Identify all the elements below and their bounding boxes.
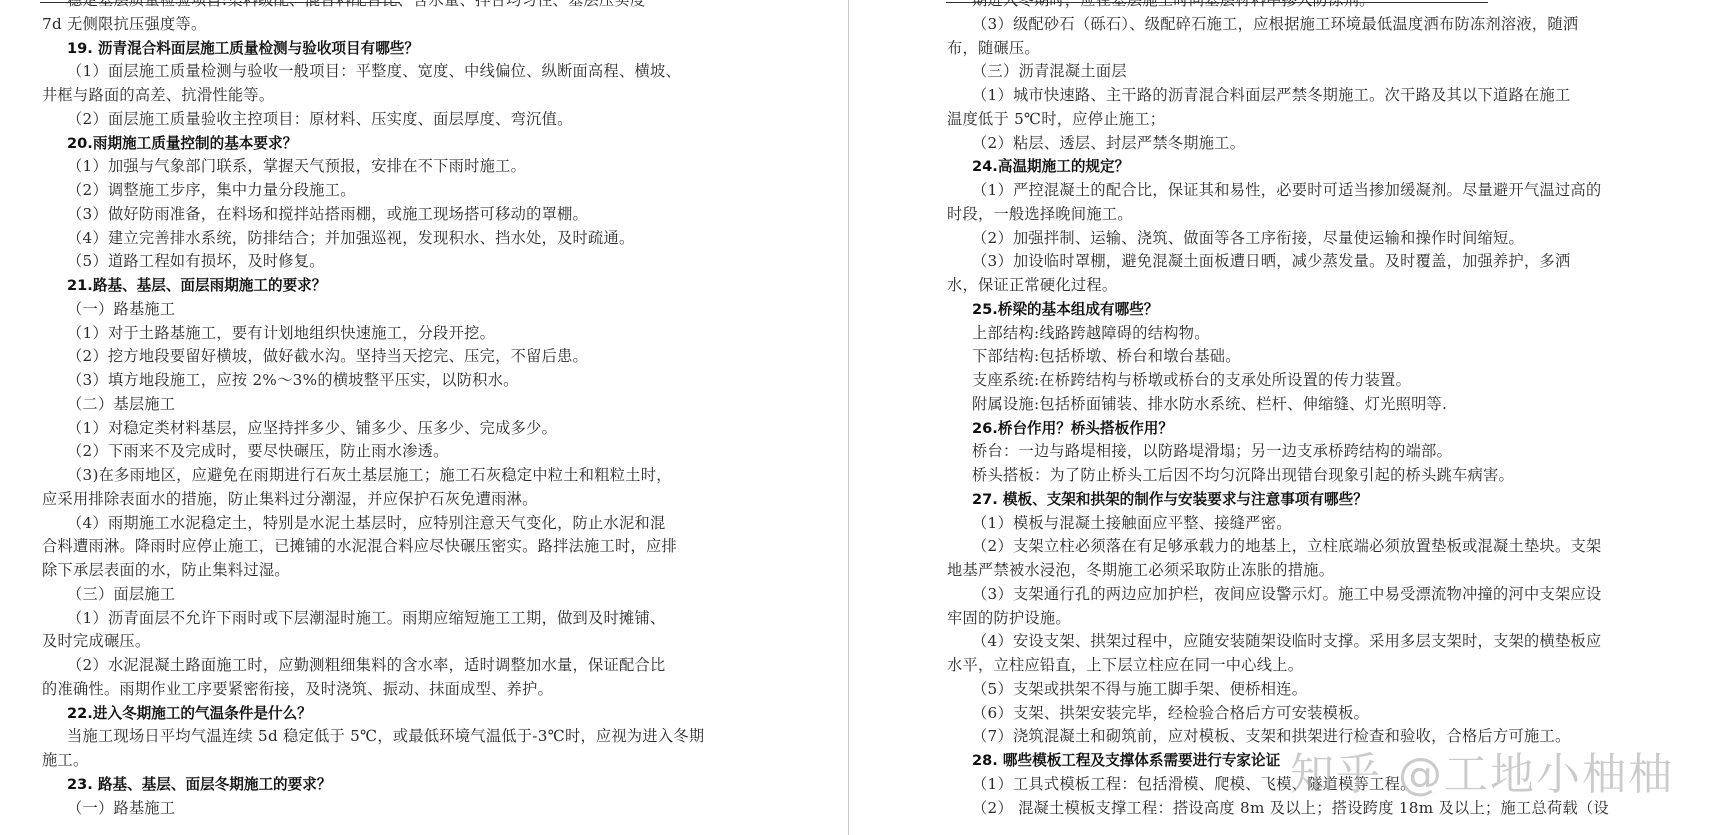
paragraph-line: （1）沥青面层不允许下雨时或下层潮湿时施工。雨期应缩短施工工期，做到及时摊铺、 bbox=[42, 607, 750, 631]
question-heading: 27. 模板、支架和拱架的制作与安装要求与注意事项有哪些？ bbox=[947, 488, 1659, 512]
paragraph-line: （1）对稳定类材料基层，应坚持拌多少、铺多少、压多少、完成多少。 bbox=[42, 417, 750, 441]
question-heading: 22.进入冬期施工的气温条件是什么？ bbox=[42, 702, 750, 726]
question-heading: 23. 路基、基层、面层冬期施工的要求？ bbox=[42, 773, 750, 797]
paragraph-line: 井框与路面的高差、抗滑性能等。 bbox=[42, 84, 750, 108]
paragraph-line: 温度低于 5℃时，应停止施工； bbox=[947, 108, 1659, 132]
document-page-right: 期进入冬期时，应在基层施工时向基层材料中掺入防冻剂。（3）级配砂石（砾石）、级配… bbox=[849, 0, 1730, 835]
paragraph-line: （2）挖方地段要留好横坡，做好截水沟。坚持当天挖完、压完，不留后患。 bbox=[42, 345, 750, 369]
paragraph-line: 布，随碾压。 bbox=[947, 37, 1659, 61]
paragraph-line: 合料遭雨淋。降雨时应停止施工，已摊铺的水泥混合料应尽快碾压密实。路拌法施工时，应… bbox=[42, 535, 750, 559]
paragraph-line: （3）支架通行孔的两边应加护栏，夜间应设警示灯。施工中易受漂流物冲撞的河中支架应… bbox=[947, 583, 1659, 607]
paragraph-line: （一）路基施工 bbox=[42, 298, 750, 322]
paragraph-line: 7d 无侧限抗压强度等。 bbox=[42, 13, 750, 37]
question-heading: 26.桥台作用？桥头搭板作用？ bbox=[947, 417, 1659, 441]
paragraph-line: （6）支架、拱架安装完毕，经检验合格后方可安装模板。 bbox=[947, 702, 1659, 726]
page-text-left: 稳定基层质量检验项目:集料级配、混合料配合比、含水量、拌合均匀性、基层压实度7d… bbox=[42, 0, 750, 820]
paragraph-line: 支座系统:在桥跨结构与桥墩或桥台的支承处所设置的传力装置。 bbox=[947, 369, 1659, 393]
paragraph-line: 下部结构:包括桥墩、桥台和墩台基础。 bbox=[947, 345, 1659, 369]
paragraph-line: （1）对于土路基施工，要有计划地组织快速施工，分段开挖。 bbox=[42, 322, 750, 346]
paragraph-line: 水平，立柱应铅直，上下层立柱应在同一中心线上。 bbox=[947, 654, 1659, 678]
question-heading: 25.桥梁的基本组成有哪些？ bbox=[947, 298, 1659, 322]
paragraph-line: 牢固的防护设施。 bbox=[947, 607, 1659, 631]
paragraph-line: （1）面层施工质量检测与验收一般项目：平整度、宽度、中线偏位、纵断面高程、横坡、 bbox=[42, 60, 750, 84]
paragraph-line: （7）浇筑混凝土和砌筑前，应对模板、支架和拱架进行检查和验收，合格后方可施工。 bbox=[947, 725, 1659, 749]
paragraph-line: （3）级配砂石（砾石）、级配碎石施工，应根据施工环境最低温度洒布防冻剂溶液，随洒 bbox=[947, 13, 1659, 37]
paragraph-line: 桥头搭板：为了防止桥头工后因不均匀沉降出现错台现象引起的桥头跳车病害。 bbox=[947, 464, 1659, 488]
paragraph-line: 当施工现场日平均气温连续 5d 稳定低于 5℃，或最低环境气温低于-3℃时，应视… bbox=[42, 725, 750, 749]
paragraph-line: （2）下雨来不及完成时，要尽快碾压，防止雨水渗透。 bbox=[42, 440, 750, 464]
paragraph-line: （2）调整施工步序，集中力量分段施工。 bbox=[42, 179, 750, 203]
paragraph-line: （3）填方地段施工，应按 2%～3%的横坡整平压实，以防积水。 bbox=[42, 369, 750, 393]
paragraph-line: （2）水泥混凝土路面施工时，应勤测粗细集料的含水率，适时调整加水量，保证配合比 bbox=[42, 654, 750, 678]
paragraph-line: （2）加强拌制、运输、浇筑、做面等各工序衔接，尽量使运输和操作时间缩短。 bbox=[947, 227, 1659, 251]
paragraph-line: （3）加设临时罩棚，避免混凝土面板遭日晒，减少蒸发量。及时覆盖，加强养护，多洒 bbox=[947, 250, 1659, 274]
paragraph-line: 施工。 bbox=[42, 749, 750, 773]
paragraph-line: 桥台：一边与路堤相接，以防路堤滑塌；另一边支承桥跨结构的端部。 bbox=[947, 440, 1659, 464]
paragraph-line: （三）面层施工 bbox=[42, 583, 750, 607]
question-heading: 28. 哪些模板工程及支撑体系需要进行专家论证 bbox=[947, 749, 1659, 773]
question-heading: 20.雨期施工质量控制的基本要求？ bbox=[42, 132, 750, 156]
paragraph-line: （4）安设支架、拱架过程中，应随安装随架设临时支撑。采用多层支架时，支架的横垫板… bbox=[947, 630, 1659, 654]
paragraph-line: （5）支架或拱架不得与施工脚手架、便桥相连。 bbox=[947, 678, 1659, 702]
paragraph-line: 应采用排除表面水的措施，防止集料过分潮湿，并应保护石灰免遭雨淋。 bbox=[42, 488, 750, 512]
paragraph-line: （4）雨期施工水泥稳定土，特别是水泥土基层时，应特别注意天气变化，防止水泥和混 bbox=[42, 512, 750, 536]
paragraph-line: （2）粘层、透层、封层严禁冬期施工。 bbox=[947, 132, 1659, 156]
paragraph-line: （5）道路工程如有损坏，及时修复。 bbox=[42, 250, 750, 274]
question-heading: 21.路基、基层、面层雨期施工的要求？ bbox=[42, 274, 750, 298]
paragraph-line: 上部结构:线路跨越障碍的结构物。 bbox=[947, 322, 1659, 346]
question-heading: 24.高温期施工的规定？ bbox=[947, 155, 1659, 179]
paragraph-line: 地基严禁被水浸泡，冬期施工必须采取防止冻胀的措施。 bbox=[947, 559, 1659, 583]
paragraph-line: （二）基层施工 bbox=[42, 393, 750, 417]
paragraph-line: （1）城市快速路、主干路的沥青混合料面层严禁冬期施工。次干路及其以下道路在施工 bbox=[947, 84, 1659, 108]
question-heading: 19. 沥青混合料面层施工质量检测与验收项目有哪些？ bbox=[42, 37, 750, 61]
paragraph-line: （一）路基施工 bbox=[42, 797, 750, 821]
paragraph-line: （1）加强与气象部门联系，掌握天气预报，安排在不下雨时施工。 bbox=[42, 155, 750, 179]
page-text-right: 期进入冬期时，应在基层施工时向基层材料中掺入防冻剂。（3）级配砂石（砾石）、级配… bbox=[947, 0, 1659, 820]
paragraph-line: （3)在多雨地区，应避免在雨期进行石灰土基层施工；施工石灰稳定中粒土和粗粒土时， bbox=[42, 464, 750, 488]
paragraph-line: （三）沥青混凝土面层 bbox=[947, 60, 1659, 84]
paragraph-line: （2）面层施工质量验收主控项目：原材料、压实度、面层厚度、弯沉值。 bbox=[42, 108, 750, 132]
paragraph-line: 水，保证正常硬化过程。 bbox=[947, 274, 1659, 298]
paragraph-line: 附属设施:包括桥面铺装、排水防水系统、栏杆、伸缩缝、灯光照明等. bbox=[947, 393, 1659, 417]
paragraph-line: 的准确性。雨期作业工序要紧密衔接，及时浇筑、振动、抹面成型、养护。 bbox=[42, 678, 750, 702]
paragraph-line: （2） 混凝土模板支撑工程：搭设高度 8m 及以上；搭设跨度 18m 及以上；施… bbox=[947, 797, 1659, 821]
paragraph-line: 及时完成碾压。 bbox=[42, 630, 750, 654]
paragraph-line: 除下承层表面的水，防止集料过湿。 bbox=[42, 559, 750, 583]
paragraph-line: （1）模板与混凝土接触面应平整、接缝严密。 bbox=[947, 512, 1659, 536]
paragraph-line: （2）支架立柱必须落在有足够承载力的地基上，立柱底端必须放置垫板或混凝土垫块。支… bbox=[947, 535, 1659, 559]
paragraph-line: （3）做好防雨准备，在料场和搅拌站搭雨棚，或施工现场搭可移动的罩棚。 bbox=[42, 203, 750, 227]
paragraph-line: （1）工具式模板工程：包括滑模、爬模、飞模、隧道模等工程。 bbox=[947, 773, 1659, 797]
paragraph-line: 稳定基层质量检验项目:集料级配、混合料配合比、含水量、拌合均匀性、基层压实度 bbox=[42, 0, 750, 13]
document-page-left: 稳定基层质量检验项目:集料级配、混合料配合比、含水量、拌合均匀性、基层压实度7d… bbox=[0, 0, 848, 835]
paragraph-line: 时段，一般选择晚间施工。 bbox=[947, 203, 1659, 227]
paragraph-line: （4）建立完善排水系统，防排结合；并加强巡视，发现积水、挡水处，及时疏通。 bbox=[42, 227, 750, 251]
paragraph-line: （1）严控混凝土的配合比，保证其和易性，必要时可适当掺加缓凝剂。尽量避开气温过高… bbox=[947, 179, 1659, 203]
paragraph-line: 期进入冬期时，应在基层施工时向基层材料中掺入防冻剂。 bbox=[947, 0, 1659, 13]
